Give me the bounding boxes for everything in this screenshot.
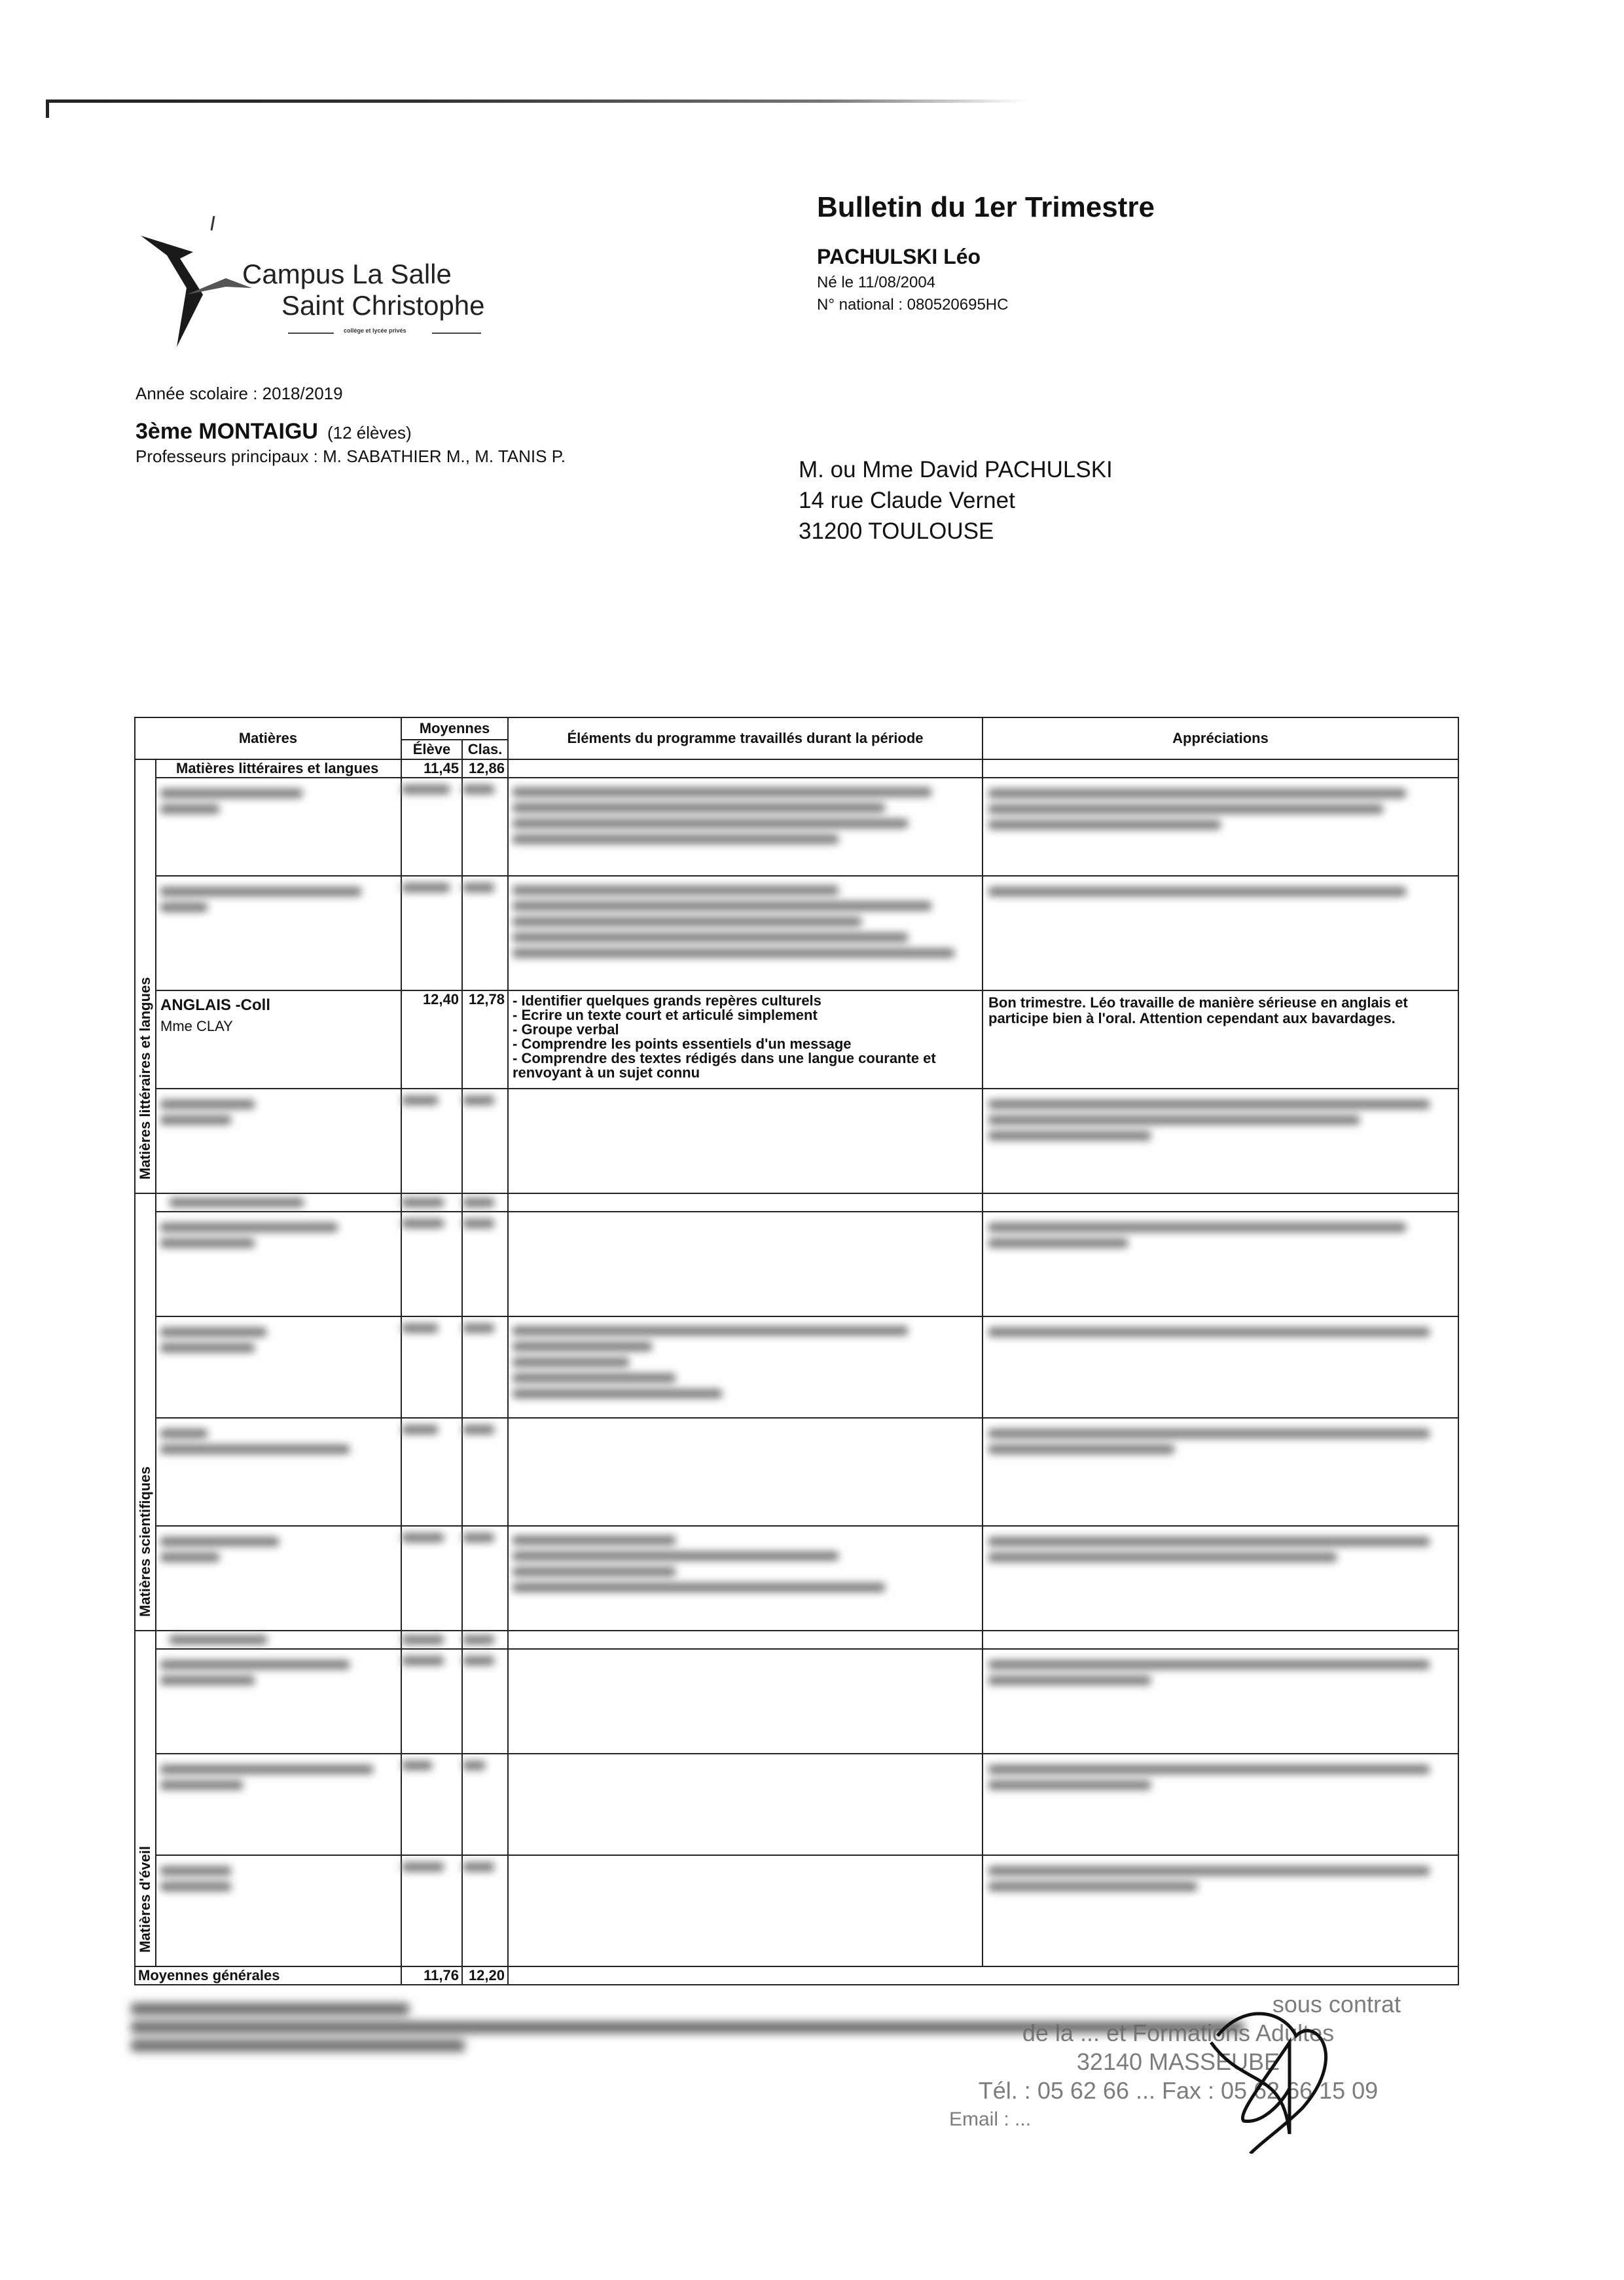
table-row-redacted xyxy=(135,1649,1458,1754)
header-elements: Éléments du programme travaillés durant … xyxy=(508,717,983,759)
school-stamp: sous contrat de la ... et Formations Adu… xyxy=(929,1990,1427,2134)
general-avg-eleve: 11,76 xyxy=(401,1966,462,1985)
header-appreciations: Appréciations xyxy=(983,717,1458,759)
program-element: - Identifier quelques grands repères cul… xyxy=(513,994,978,1008)
grades-table: Matières Moyennes Éléments du programme … xyxy=(134,717,1459,1985)
school-name-line1: Campus La Salle xyxy=(242,259,452,290)
stamp-line: 32140 MASSEUBE xyxy=(929,2048,1427,2076)
table-row-redacted xyxy=(135,1754,1458,1855)
recipient-address: M. ou Mme David PACHULSKI 14 rue Claude … xyxy=(799,454,1113,547)
header-matieres: Matières xyxy=(135,717,401,759)
main-teachers: Professeurs principaux : M. SABATHIER M.… xyxy=(135,446,566,467)
scan-edge-tick xyxy=(46,100,49,118)
recipient-name: M. ou Mme David PACHULSKI xyxy=(799,454,1113,485)
table-row-redacted xyxy=(135,1418,1458,1526)
group-avg-eleve: 11,45 xyxy=(401,759,462,778)
table-row-redacted xyxy=(135,1089,1458,1193)
stamp-line: sous contrat xyxy=(929,1990,1427,2019)
table-row-redacted xyxy=(135,1316,1458,1418)
student-national-id: N° national : 080520695HC xyxy=(817,296,1008,314)
program-element: - Groupe verbal xyxy=(513,1022,978,1037)
header-moyennes: Moyennes xyxy=(401,717,508,740)
group-avg-classe: 12,86 xyxy=(462,759,508,778)
group-label-scientifiques: Matières scientifiques xyxy=(135,1193,156,1631)
program-element: - Comprendre les points essentiels d'un … xyxy=(513,1037,978,1051)
table-row-redacted xyxy=(135,1212,1458,1316)
table-row-general-average: Moyennes générales 11,76 12,20 xyxy=(135,1966,1458,1985)
school-year: Année scolaire : 2018/2019 xyxy=(135,384,343,404)
avg-classe: 12,78 xyxy=(462,990,508,1089)
header-classe: Clas. xyxy=(462,740,508,759)
general-average-label: Moyennes générales xyxy=(135,1966,401,1985)
class-label: 3ème MONTAIGU xyxy=(135,419,318,444)
group-label-litteraires: Matières littéraires et langues xyxy=(135,759,156,1193)
stamp-line: de la ... et Formations Adultes xyxy=(929,2019,1427,2048)
subject-cell: ANGLAIS -Coll Mme CLAY xyxy=(156,990,401,1089)
avg-eleve: 12,40 xyxy=(401,990,462,1089)
header-eleve: Élève xyxy=(401,740,462,759)
logo-rule-left xyxy=(288,333,334,334)
scan-edge-line xyxy=(46,100,1028,103)
program-elements: - Identifier quelques grands repères cul… xyxy=(508,990,983,1089)
recipient-street: 14 rue Claude Vernet xyxy=(799,485,1113,516)
table-row-anglais: ANGLAIS -Coll Mme CLAY 12,40 12,78 - Ide… xyxy=(135,990,1458,1089)
class-size: (12 élèves) xyxy=(327,423,412,443)
table-row-redacted xyxy=(135,876,1458,990)
group-name: Matières littéraires et langues xyxy=(156,759,401,778)
signature-icon xyxy=(1204,2003,1335,2154)
recipient-city: 31200 TOULOUSE xyxy=(799,516,1113,547)
bulletin-title: Bulletin du 1er Trimestre xyxy=(817,191,1155,224)
group-label-eveil: Matières d'éveil xyxy=(135,1631,156,1966)
logo-rule-right xyxy=(432,333,481,334)
class-name: 3ème MONTAIGU(12 élèves) xyxy=(135,419,412,444)
program-element: - Ecrire un texte court et articulé simp… xyxy=(513,1008,978,1022)
stamp-line: Email : ... xyxy=(929,2105,1427,2134)
teacher-name: Mme CLAY xyxy=(160,1018,233,1034)
student-birthdate: Né le 11/08/2004 xyxy=(817,274,935,292)
general-avg-classe: 12,20 xyxy=(462,1966,508,1985)
table-row-redacted xyxy=(135,778,1458,876)
program-element: - Comprendre des textes rédigés dans une… xyxy=(513,1051,978,1080)
stamp-line: Tél. : 05 62 66 ... Fax : 05 62 66 15 09 xyxy=(929,2076,1427,2105)
student-name: PACHULSKI Léo xyxy=(817,245,981,269)
subject-name: ANGLAIS -Coll xyxy=(160,996,270,1014)
table-row-redacted xyxy=(135,1855,1458,1966)
school-tagline: collège et lycée privés xyxy=(344,327,406,334)
table-row-redacted xyxy=(135,1526,1458,1631)
school-name-line2: Saint Christophe xyxy=(281,290,485,321)
appreciation: Bon trimestre. Léo travaille de manière … xyxy=(983,990,1458,1089)
